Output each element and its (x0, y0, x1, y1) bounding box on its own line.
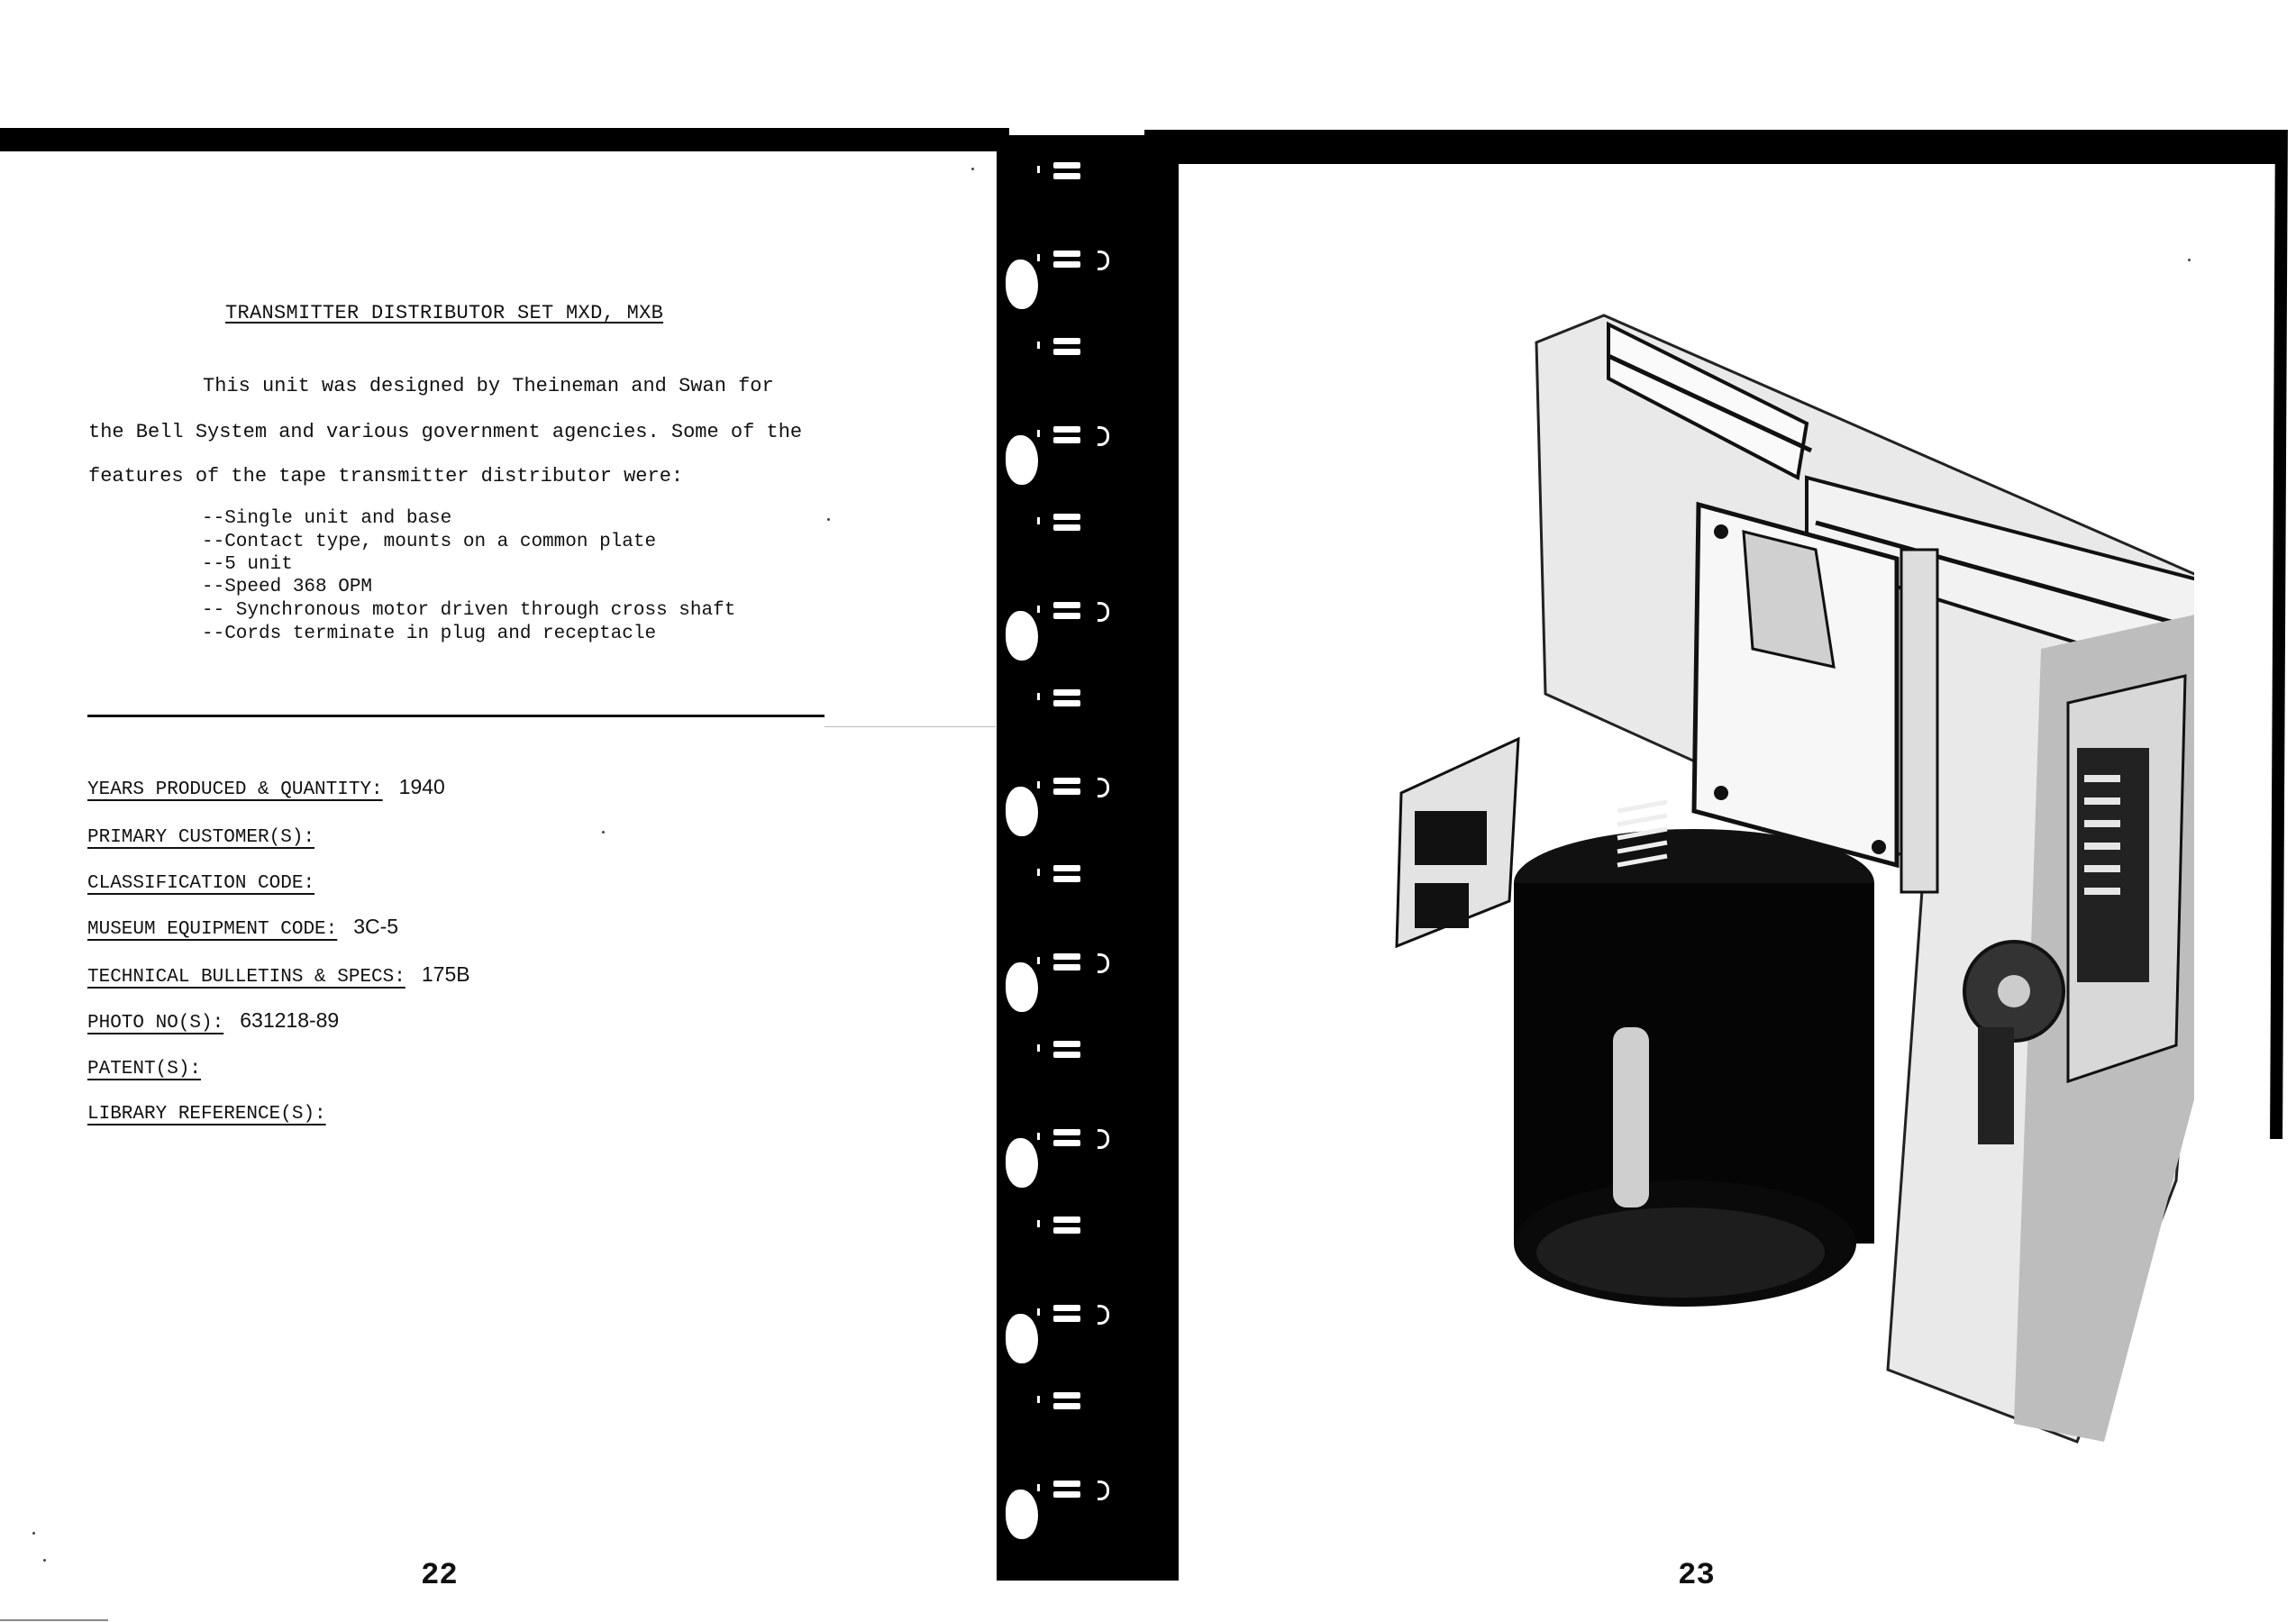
scan-border-right (2270, 130, 2288, 1139)
field-label: YEARS PRODUCED & QUANTITY: (87, 779, 383, 800)
intro-paragraph-line-2: the Bell System and various government a… (88, 421, 802, 443)
field-value: 3C-5 (353, 915, 398, 938)
intro-paragraph-line-3: features of the tape transmitter distrib… (88, 465, 683, 488)
page-number-left: 22 (421, 1561, 458, 1584)
field-photo-numbers: PHOTO NO(S):631218-89 (87, 1008, 339, 1034)
field-primary-customers: PRIMARY CUSTOMER(S): (87, 823, 331, 848)
scan-border-top-right (1144, 130, 2284, 164)
scan-speck (827, 518, 830, 521)
field-value: 1940 (399, 775, 445, 798)
document-title: TRANSMITTER DISTRIBUTOR SET MXD, MXB (225, 302, 663, 324)
field-label: TECHNICAL BULLETINS & SPECS: (87, 967, 405, 988)
field-value: 175B (422, 962, 470, 986)
binding-ring (997, 680, 1179, 716)
binding-highlight (1006, 787, 1038, 836)
binding-ring (997, 1032, 1179, 1068)
scan-speck (2188, 259, 2191, 261)
scan-speck (602, 831, 605, 834)
field-museum-equipment-code: MUSEUM EQUIPMENT CODE:3C-5 (87, 915, 398, 940)
binding-ring (997, 856, 1179, 892)
field-label: LIBRARY REFERENCE(S): (87, 1104, 326, 1125)
transmitter-distributor-photo (1383, 288, 2194, 1451)
field-label: PRIMARY CUSTOMER(S): (87, 827, 314, 848)
feature-item: -- Synchronous motor driven through cros… (202, 600, 735, 621)
feature-item: --Single unit and base (202, 508, 451, 529)
section-divider (87, 715, 825, 717)
field-label: MUSEUM EQUIPMENT CODE: (87, 919, 337, 940)
scan-border-bottom (0, 1619, 108, 1621)
binding-highlight (1006, 1490, 1038, 1539)
spiral-binding (997, 135, 1179, 1581)
scan-speck (971, 168, 974, 170)
binding-ring (997, 505, 1179, 541)
page-number-right: 23 (1678, 1561, 1715, 1584)
field-years-produced: YEARS PRODUCED & QUANTITY:1940 (87, 775, 445, 800)
intro-paragraph-line-1: This unit was designed by Theineman and … (203, 375, 774, 397)
binding-ring (997, 1383, 1179, 1419)
field-label: PATENT(S): (87, 1059, 201, 1080)
binding-highlight (1006, 435, 1038, 485)
field-classification-code: CLASSIFICATION CODE: (87, 869, 331, 894)
field-value: 631218-89 (240, 1008, 339, 1032)
section-divider-faint (825, 726, 996, 727)
scan-border-top-left (0, 128, 1009, 151)
scan-speck (43, 1559, 46, 1562)
field-library-references: LIBRARY REFERENCE(S): (87, 1099, 342, 1125)
binding-highlight (1006, 1138, 1038, 1188)
binding-ring (997, 329, 1179, 365)
scan-speck (32, 1532, 35, 1535)
feature-item: --Cords terminate in plug and receptacle (202, 624, 656, 644)
binding-highlight (1006, 260, 1038, 309)
binding-ring (997, 1207, 1179, 1244)
field-patents: PATENT(S): (87, 1054, 217, 1080)
binding-highlight (1006, 1314, 1038, 1363)
feature-item: --Contact type, mounts on a common plate (202, 532, 656, 552)
feature-item: --5 unit (202, 554, 293, 575)
binding-ring (997, 153, 1179, 189)
field-label: CLASSIFICATION CODE: (87, 873, 314, 894)
field-label: PHOTO NO(S): (87, 1013, 223, 1034)
binding-highlight (1006, 611, 1038, 661)
field-technical-bulletins: TECHNICAL BULLETINS & SPECS:175B (87, 962, 470, 988)
feature-item: --Speed 368 OPM (202, 577, 372, 597)
binding-highlight (1006, 962, 1038, 1012)
